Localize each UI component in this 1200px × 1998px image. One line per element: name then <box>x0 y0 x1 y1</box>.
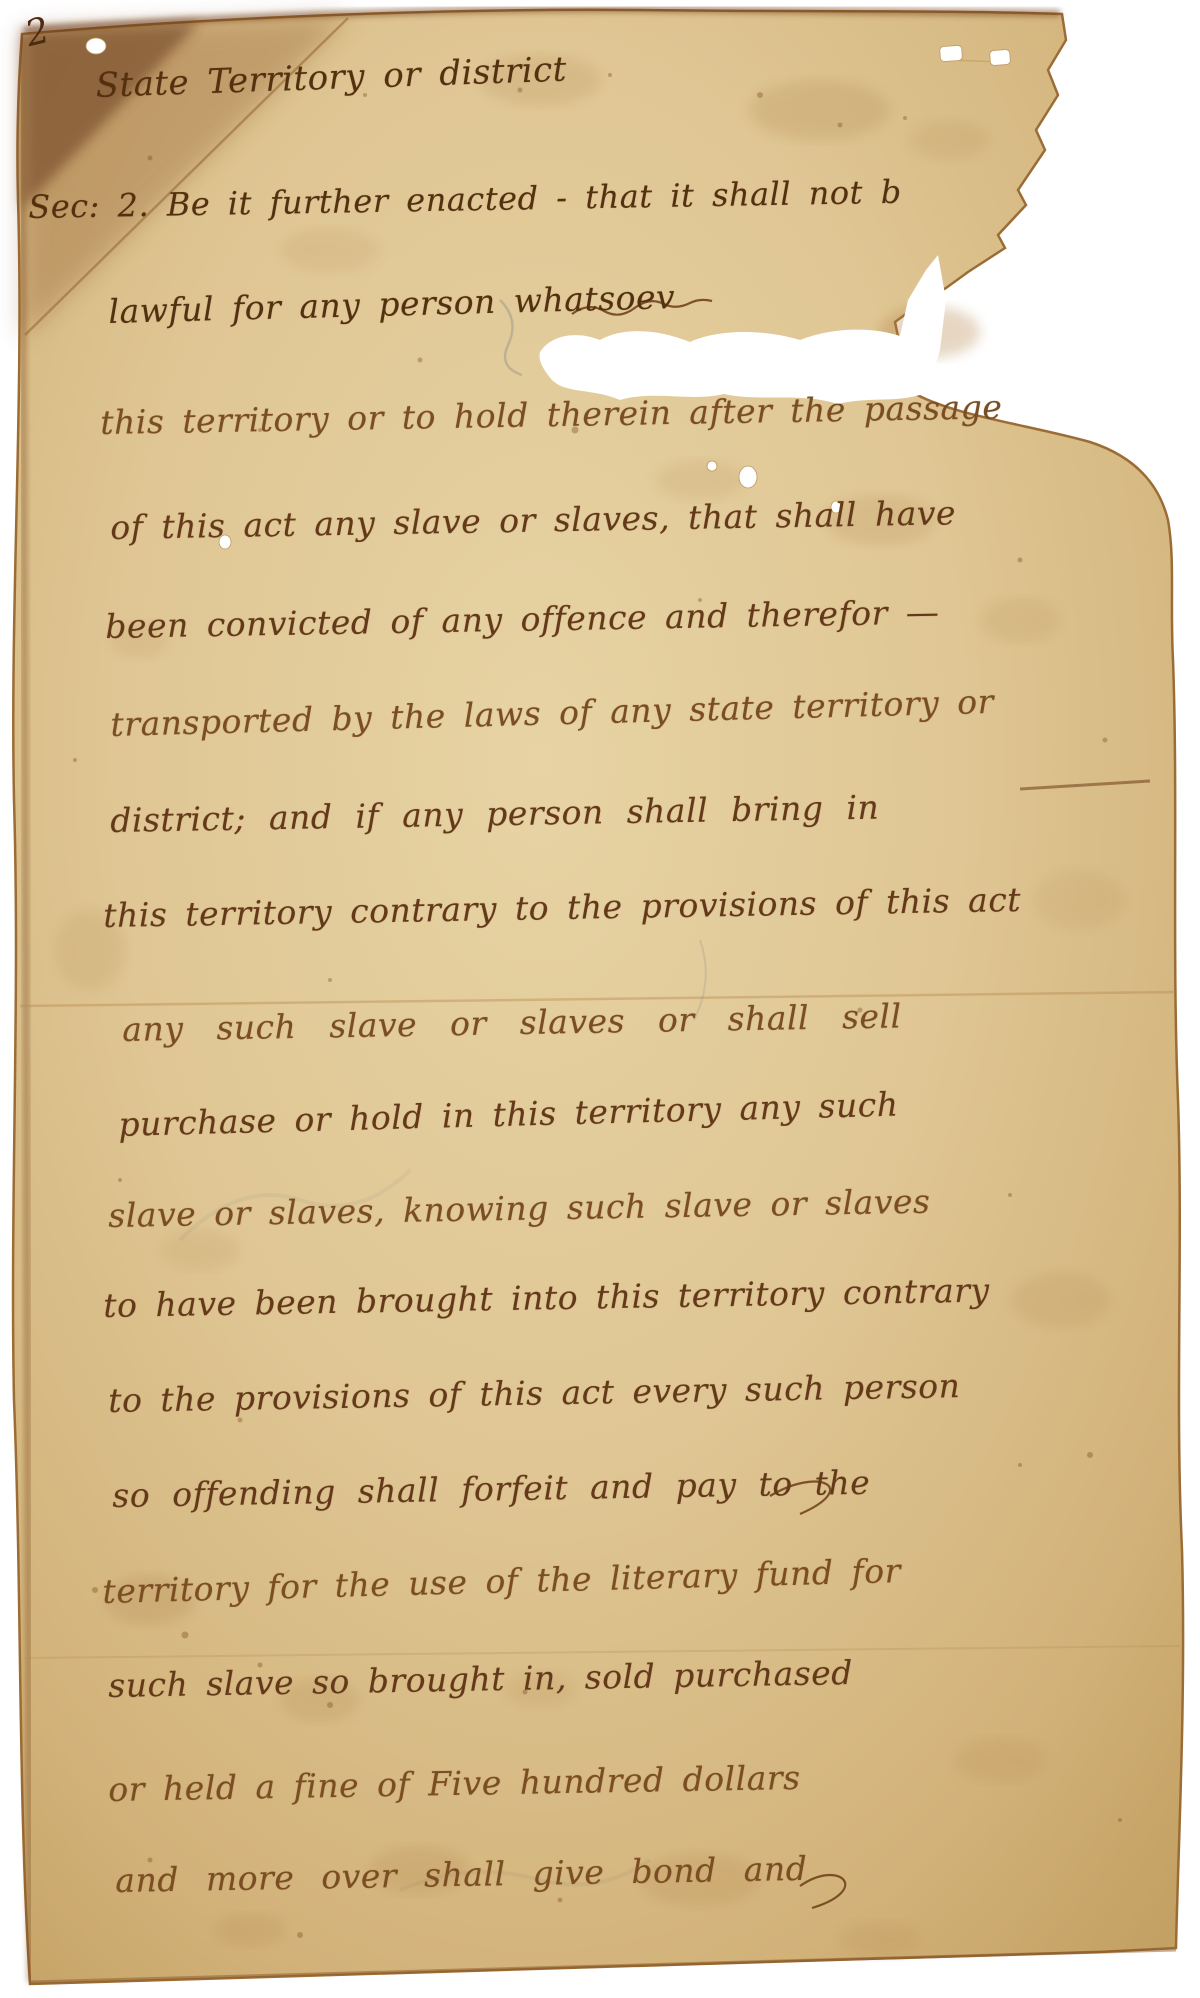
manuscript-line: lawful for any person whatsoev <box>108 277 676 331</box>
manuscript-line: district; and if any person shall bring … <box>110 788 880 840</box>
manuscript-line: territory for the use of the literary fu… <box>102 1551 901 1611</box>
manuscript-line: Sec: 2. Be it further enacted - that it … <box>28 173 902 226</box>
manuscript-line: been convicted of any offence and theref… <box>105 592 940 646</box>
manuscript-line: slave or slaves, knowing such slave or s… <box>108 1182 931 1235</box>
manuscript-line: this territory or to hold therein after … <box>100 387 1003 442</box>
heading-line: State Territory or district <box>95 50 567 106</box>
manuscript-line: any such slave or slaves or shall sell <box>122 996 902 1049</box>
manuscript-line: transported by the laws of any state ter… <box>110 682 994 744</box>
page-number: 2 <box>21 10 53 55</box>
scanned-document: 2 State Territory or district Sec: 2. Be… <box>0 0 1200 1998</box>
manuscript-line: so offending shall forfeit and pay to th… <box>112 1463 870 1515</box>
handwritten-text-layer: 2 State Territory or district Sec: 2. Be… <box>0 0 1200 1998</box>
manuscript-line: or held a fine of Five hundred dollars <box>108 1758 801 1809</box>
manuscript-line: of this act any slave or slaves, that sh… <box>110 493 956 547</box>
manuscript-line: such slave so brought in, sold purchased <box>108 1653 853 1705</box>
manuscript-line: and more over shall give bond and <box>115 1849 808 1900</box>
manuscript-line: to have been brought into this territory… <box>103 1271 990 1325</box>
manuscript-line: to the provisions of this act every such… <box>108 1366 961 1420</box>
manuscript-line: this territory contrary to the provision… <box>103 880 1021 935</box>
manuscript-line: purchase or hold in this territory any s… <box>118 1085 899 1144</box>
